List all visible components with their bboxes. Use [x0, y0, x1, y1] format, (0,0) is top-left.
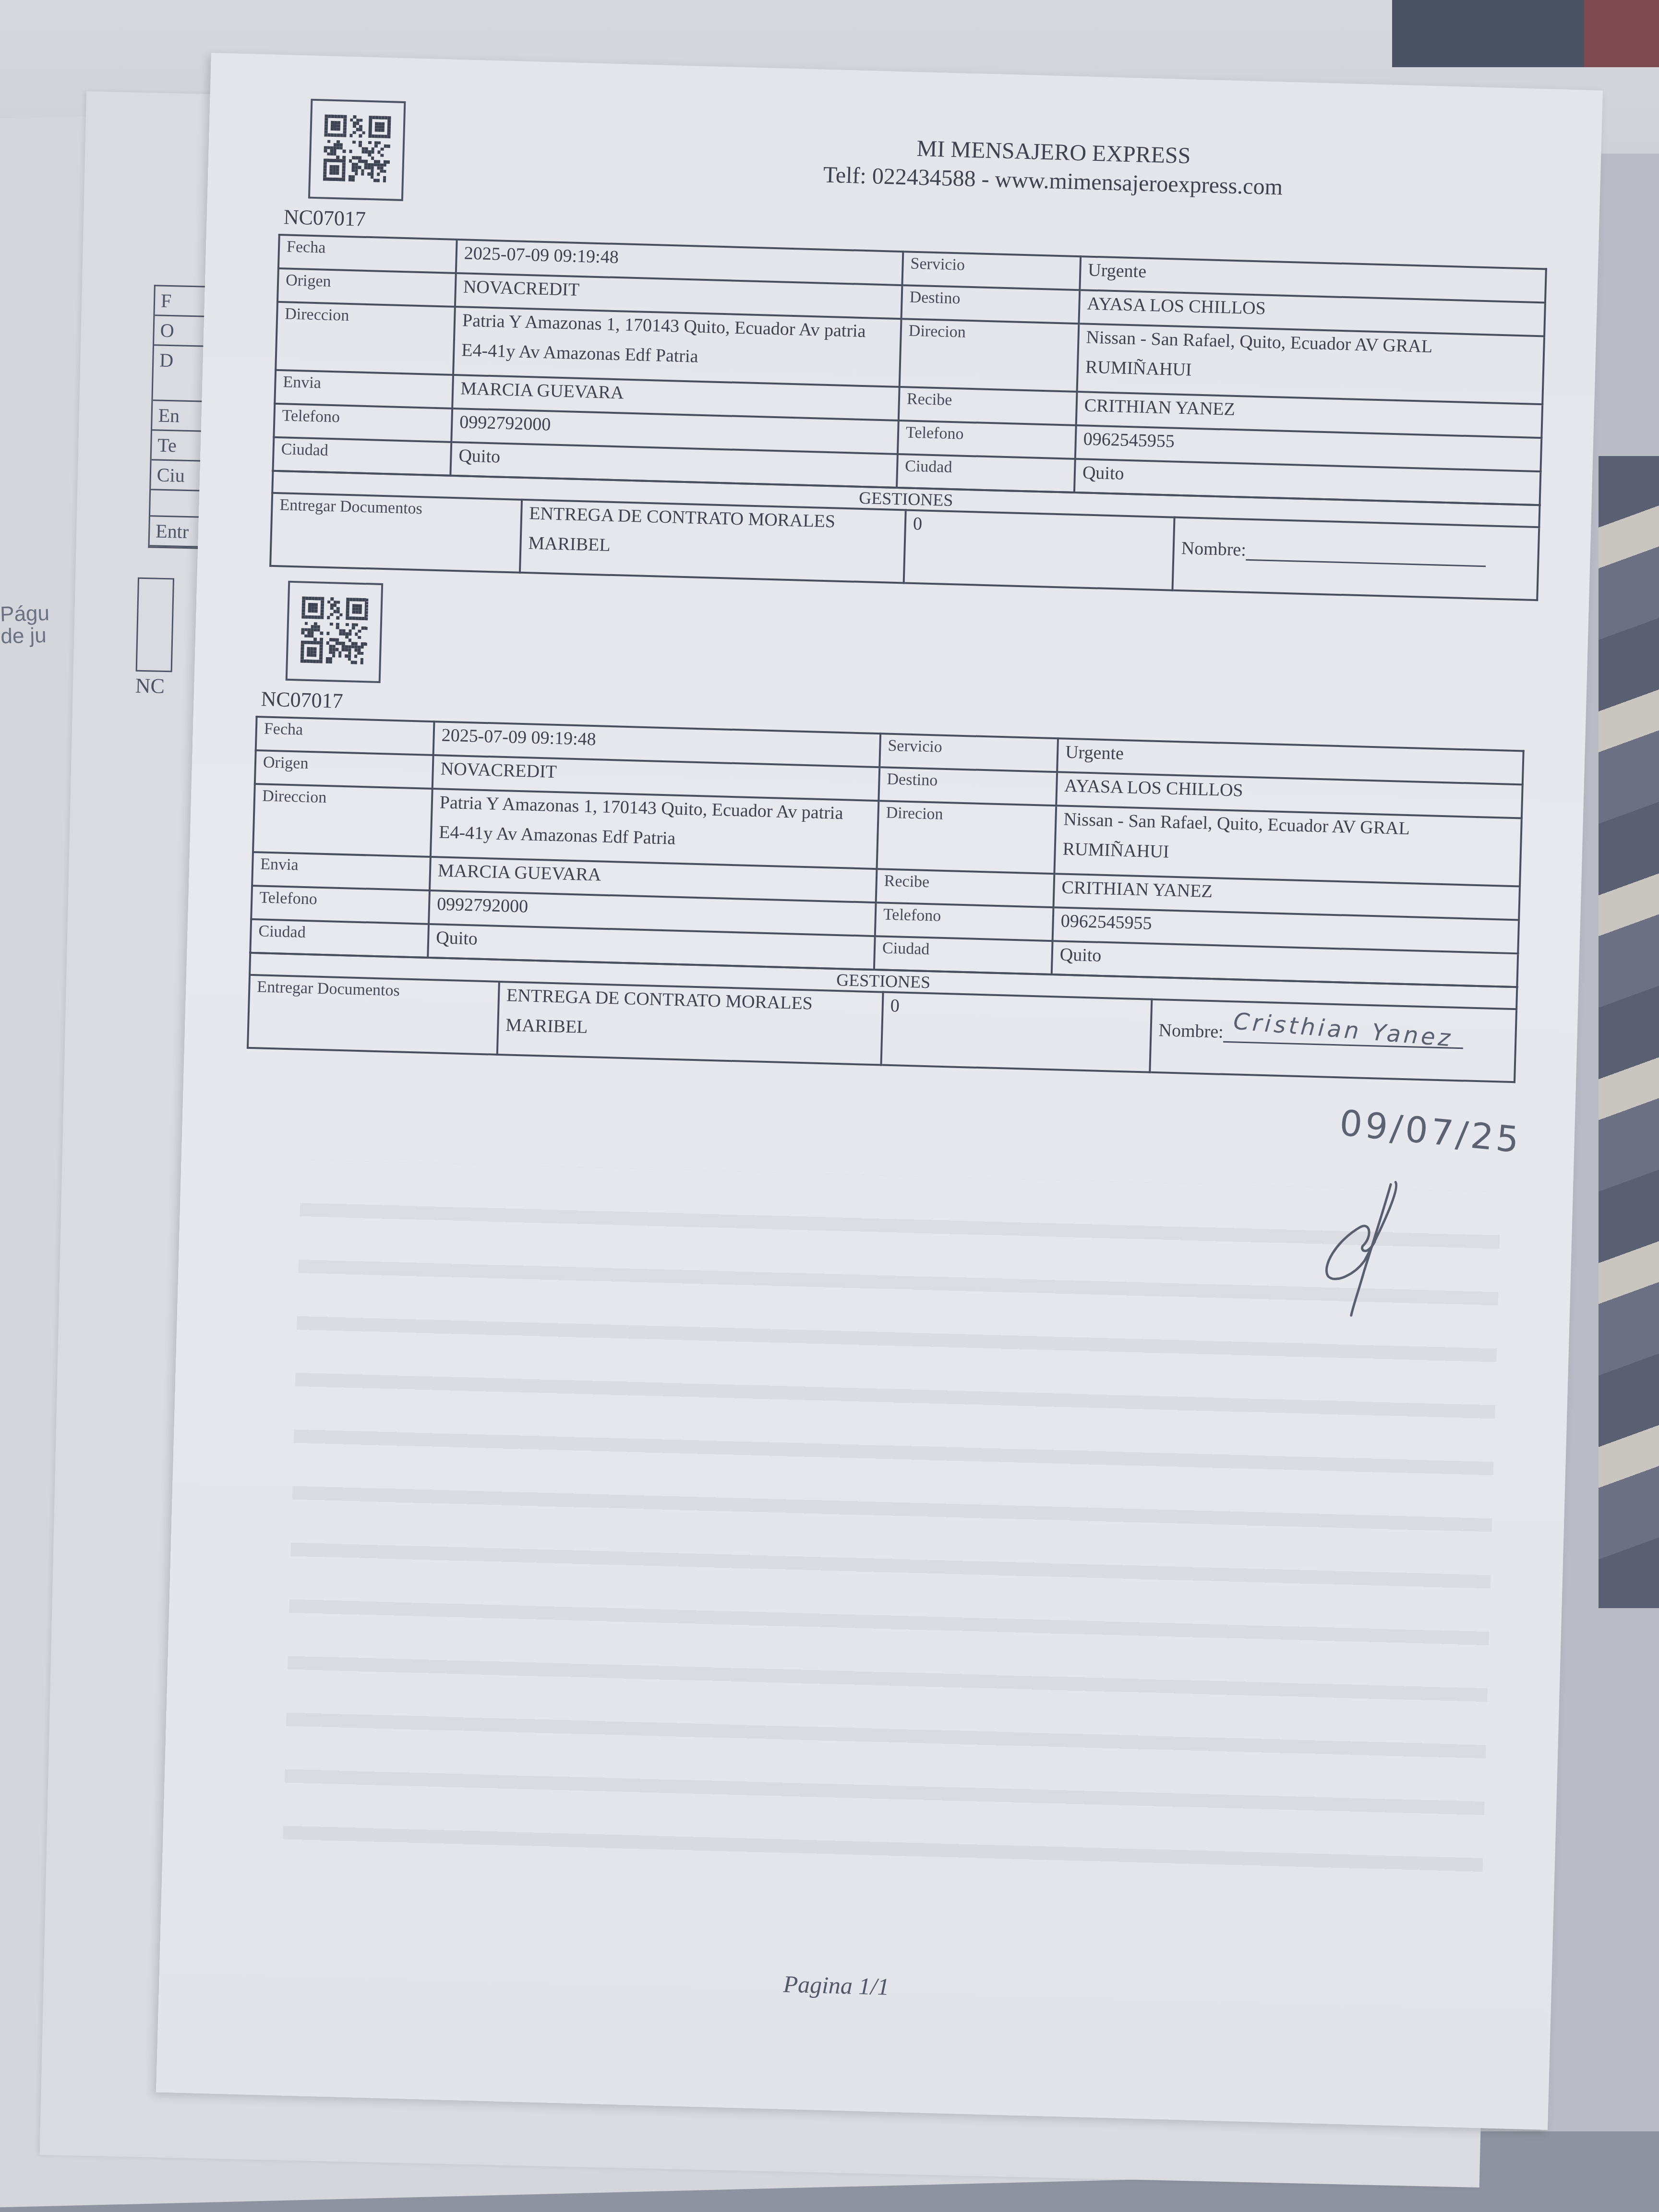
value-direcion: Nissan - San Rafael, Quito, Ecuador AV G…	[1077, 324, 1544, 404]
qr-code-icon	[136, 577, 174, 673]
partial-page-footer: Págu de ju	[0, 602, 50, 648]
gestion-description: ENTREGA DE CONTRATO MORALES MARIBEL	[497, 982, 883, 1065]
qr-code-icon	[323, 114, 391, 182]
label-direcion: Direcion	[877, 801, 1057, 874]
background-object-dark	[1392, 0, 1584, 67]
nombre-label: Nombre:	[1181, 538, 1246, 560]
label-servicio: Servicio	[902, 252, 1081, 290]
gestion-quantity: 0	[904, 510, 1175, 590]
label-origen: Origen	[277, 268, 456, 307]
partial-text: Págu	[0, 602, 50, 625]
value-direccion: Patria Y Amazonas 1, 170143 Quito, Ecuad…	[431, 789, 879, 869]
label-telefono-destino: Telefono	[898, 421, 1076, 459]
delivery-slip: NC07017 Fecha 2025-07-09 09:19:48 Servic…	[247, 580, 1526, 1083]
gestion-quantity: 0	[881, 992, 1152, 1072]
label-direcion: Direcion	[900, 319, 1079, 392]
description-line: ENTREGA DE CONTRATO MORALES	[529, 503, 836, 531]
delivery-slip: NC07017 Fecha 2025-07-09 09:19:48 Servic…	[269, 98, 1549, 601]
address-line: Nissan - San Rafael, Quito, Ecuador AV G…	[1086, 327, 1432, 357]
gestion-description: ENTREGA DE CONTRATO MORALES MARIBEL	[520, 500, 906, 583]
label-telefono-destino: Telefono	[875, 902, 1054, 941]
label-telefono-origen: Telefono	[274, 404, 452, 442]
label-ciudad-destino: Ciudad	[874, 936, 1053, 974]
partial-text: de ju	[0, 625, 50, 648]
qr-code-icon	[301, 597, 369, 665]
receiver-name-field: Nombre:Cristhian Yanez	[1150, 999, 1516, 1082]
label-destino: Destino	[902, 285, 1080, 324]
handwritten-date: 09/07/25	[1338, 1102, 1524, 1161]
qr-code-frame	[308, 99, 406, 201]
page-number: Pagina 1/1	[783, 1970, 890, 2001]
description-line: ENTREGA DE CONTRATO MORALES	[506, 985, 813, 1013]
address-line: RUMIÑAHUI	[1085, 357, 1536, 390]
label-fecha: Fecha	[256, 717, 434, 755]
label-ciudad-destino: Ciudad	[897, 454, 1075, 493]
background-fabric	[1599, 456, 1659, 1608]
label-origen: Origen	[255, 750, 433, 789]
gestion-type: Entregar Documentos	[248, 975, 499, 1055]
label-envia: Envia	[252, 852, 431, 890]
label-servicio: Servicio	[879, 733, 1058, 772]
shipment-table: Fecha 2025-07-09 09:19:48 Servicio Urgen…	[272, 234, 1547, 506]
label-destino: Destino	[878, 767, 1057, 805]
background-object-red	[1584, 0, 1659, 67]
value-direcion: Nissan - San Rafael, Quito, Ecuador AV G…	[1054, 805, 1521, 886]
gestion-type: Entregar Documentos	[270, 493, 522, 573]
address-line: E4-41y Av Amazonas Edf Patria	[461, 339, 893, 372]
label-ciudad-origen: Ciudad	[273, 437, 451, 476]
qr-code-frame	[286, 581, 384, 683]
label-recibe: Recibe	[899, 387, 1077, 425]
label-direccion: Direccion	[253, 784, 433, 857]
label-envia: Envia	[275, 370, 453, 409]
address-line: RUMIÑAHUI	[1062, 839, 1513, 872]
partial-guide-code: NC	[135, 673, 165, 698]
label-direccion: Direccion	[276, 302, 455, 375]
label-telefono-origen: Telefono	[251, 886, 430, 924]
shipment-table: Fecha 2025-07-09 09:19:48 Servicio Urgen…	[249, 716, 1524, 988]
name-line	[1246, 540, 1486, 567]
address-line: Nissan - San Rafael, Quito, Ecuador AV G…	[1063, 809, 1410, 839]
label-recibe: Recibe	[876, 869, 1055, 907]
label-ciudad-origen: Ciudad	[250, 919, 429, 958]
description-line: MARIBEL	[505, 1014, 875, 1046]
name-line: Cristhian Yanez	[1223, 1022, 1464, 1049]
signature-icon	[1315, 1173, 1430, 1320]
value-direccion: Patria Y Amazonas 1, 170143 Quito, Ecuad…	[453, 307, 902, 387]
description-line: MARIBEL	[528, 532, 897, 564]
handwritten-receiver-name: Cristhian Yanez	[1232, 1008, 1454, 1052]
address-line: E4-41y Av Amazonas Edf Patria	[439, 821, 870, 854]
receiver-name-field: Nombre:	[1172, 517, 1539, 601]
delivery-guide-page: MI MENSAJERO EXPRESS Telf: 022434588 - w…	[156, 53, 1603, 2130]
label-fecha: Fecha	[278, 235, 457, 273]
nombre-label: Nombre:	[1158, 1020, 1224, 1042]
